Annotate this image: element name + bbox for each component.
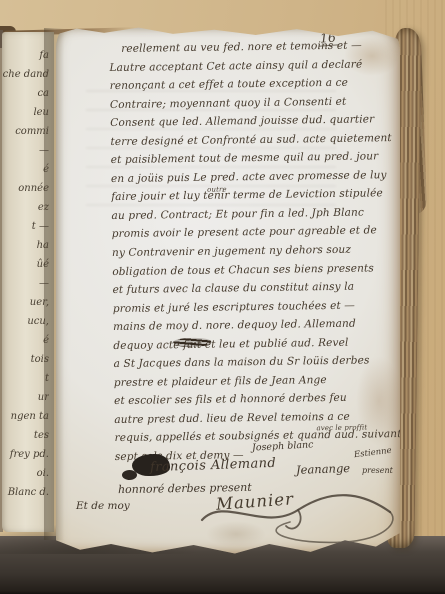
verso-fragment: Blanc d.: [2, 483, 49, 502]
verso-fragment: tois: [2, 350, 49, 369]
verso-fragment: t: [2, 369, 49, 388]
verso-fragment: t —: [2, 217, 49, 236]
verso-fragment: leu: [2, 103, 49, 122]
ink-blot: [122, 470, 137, 480]
verso-fragment: é: [2, 160, 49, 179]
signature-jeanange: Jeanange: [296, 461, 351, 477]
verso-fragment: onnée: [2, 179, 49, 198]
verso-fragment: ûé: [2, 255, 49, 274]
verso-fragment: commi: [2, 122, 49, 141]
verso-fragment: ur: [2, 388, 49, 407]
signature-francois-allemand: françois Allemand: [150, 456, 277, 475]
verso-fragment: ha: [2, 236, 49, 255]
verso-fragment: ca: [2, 84, 49, 103]
interline-addition: outre: [207, 180, 227, 199]
verso-fragment: tes: [2, 426, 49, 445]
recto-page: 16 reellement au veu fed. nore et temoin…: [56, 26, 400, 554]
verso-fragment: é: [2, 331, 49, 350]
verso-fragment: frey pd.: [2, 445, 49, 464]
verso-fragment: che dand: [2, 65, 49, 84]
book-gutter-shadow: [44, 28, 68, 540]
manuscript-text: reellement au veu fed. nore et temoins e…: [109, 36, 407, 467]
verso-fragment: —: [2, 274, 49, 293]
verso-fragment: ucu,: [2, 312, 49, 331]
verso-fragment: oi.: [2, 464, 49, 483]
verso-fragment: uer,: [2, 293, 49, 312]
verso-fragment: ngen ta: [2, 407, 49, 426]
manuscript-photo: fa che dand ca leu commi — é onnée ez t …: [0, 0, 445, 594]
verso-fragment: ez: [2, 198, 49, 217]
interline-addition: avec le proffit: [316, 418, 367, 437]
verso-fragment: fa: [2, 46, 49, 65]
verso-fragment: —: [2, 141, 49, 160]
closing-et-de-moy: Et de moy: [76, 500, 130, 512]
signature-note-present: present: [362, 466, 393, 475]
